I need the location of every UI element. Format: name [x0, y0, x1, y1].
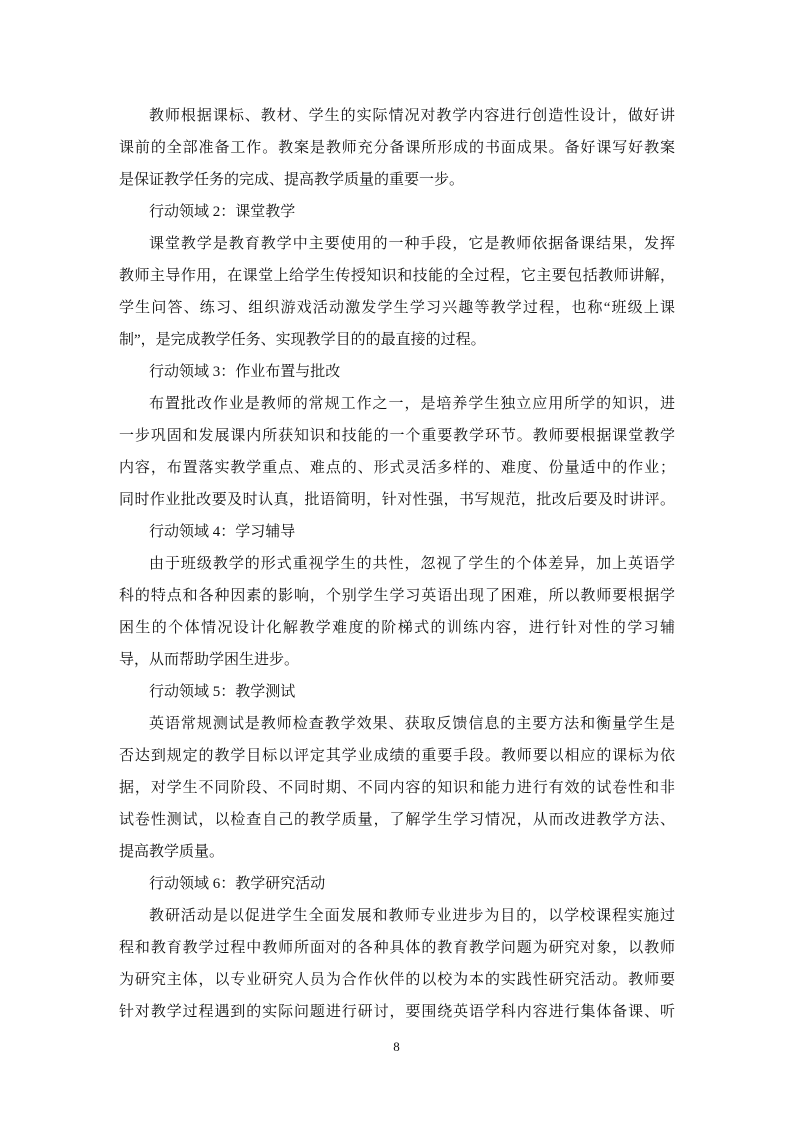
text-line: 困生的个体情况设计化解教学难度的阶梯式的训练内容，进行针对性的学习辅: [119, 612, 675, 644]
text-line: 提高教学质量。: [119, 836, 675, 868]
text-line: 英语常规测试是教师检查教学效果、获取反馈信息的主要方法和衡量学生是: [119, 708, 675, 740]
section-heading: 行动领域 2：课堂教学: [119, 196, 675, 228]
document-page: 教师根据课标、教材、学生的实际情况对教学内容进行创造性设计，做好讲 课前的全部准…: [0, 0, 793, 1122]
section-heading: 行动领域 3：作业布置与批改: [119, 356, 675, 388]
text-line: 制”，是完成教学任务、实现教学目的的最直接的过程。: [119, 324, 675, 356]
text-line: 课前的全部准备工作。教案是教师充分备课所形成的书面成果。备好课写好教案: [119, 132, 675, 164]
text-line: 科的特点和各种因素的影响，个别学生学习英语出现了困难，所以教师要根据学: [119, 580, 675, 612]
text-line: 否达到规定的教学目标以评定其学业成绩的重要手段。教师要以相应的课标为依: [119, 740, 675, 772]
section-heading: 行动领域 6：教学研究活动: [119, 868, 675, 900]
text-line: 教研活动是以促进学生全面发展和教师专业进步为目的，以学校课程实施过: [119, 900, 675, 932]
section-heading: 行动领域 4：学习辅导: [119, 516, 675, 548]
text-line: 程和教育教学过程中教师所面对的各种具体的教育教学问题为研究对象，以教师: [119, 932, 675, 964]
text-line: 同时作业批改要及时认真，批语简明，针对性强，书写规范，批改后要及时讲评。: [119, 484, 675, 516]
text-line: 教师主导作用，在课堂上给学生传授知识和技能的全过程，它主要包括教师讲解，: [119, 260, 675, 292]
text-line: 是保证教学任务的完成、提高教学质量的重要一步。: [119, 164, 675, 196]
text-line: 针对教学过程遇到的实际问题进行研讨，要围绕英语学科内容进行集体备课、听: [119, 996, 675, 1028]
text-line: 学生问答、练习、组织游戏活动激发学生学习兴趣等教学过程，也称“班级上课: [119, 292, 675, 324]
page-number: 8: [0, 1038, 793, 1056]
text-line: 由于班级教学的形式重视学生的共性，忽视了学生的个体差异，加上英语学: [119, 548, 675, 580]
text-line: 试卷性测试，以检查自己的教学质量，了解学生学习情况，从而改进教学方法、: [119, 804, 675, 836]
text-line: 课堂教学是教育教学中主要使用的一种手段，它是教师依据备课结果，发挥: [119, 228, 675, 260]
document-body: 教师根据课标、教材、学生的实际情况对教学内容进行创造性设计，做好讲 课前的全部准…: [119, 100, 675, 1028]
text-line: 导，从而帮助学困生进步。: [119, 644, 675, 676]
text-line: 一步巩固和发展课内所获知识和技能的一个重要教学环节。教师要根据课堂教学: [119, 420, 675, 452]
text-line: 内容，布置落实教学重点、难点的、形式灵活多样的、难度、份量适中的作业；: [119, 452, 675, 484]
text-line: 据，对学生不同阶段、不同时期、不同内容的知识和能力进行有效的试卷性和非: [119, 772, 675, 804]
text-line: 教师根据课标、教材、学生的实际情况对教学内容进行创造性设计，做好讲: [119, 100, 675, 132]
text-line: 为研究主体，以专业研究人员为合作伙伴的以校为本的实践性研究活动。教师要: [119, 964, 675, 996]
text-line: 布置批改作业是教师的常规工作之一，是培养学生独立应用所学的知识，进: [119, 388, 675, 420]
section-heading: 行动领域 5：教学测试: [119, 676, 675, 708]
